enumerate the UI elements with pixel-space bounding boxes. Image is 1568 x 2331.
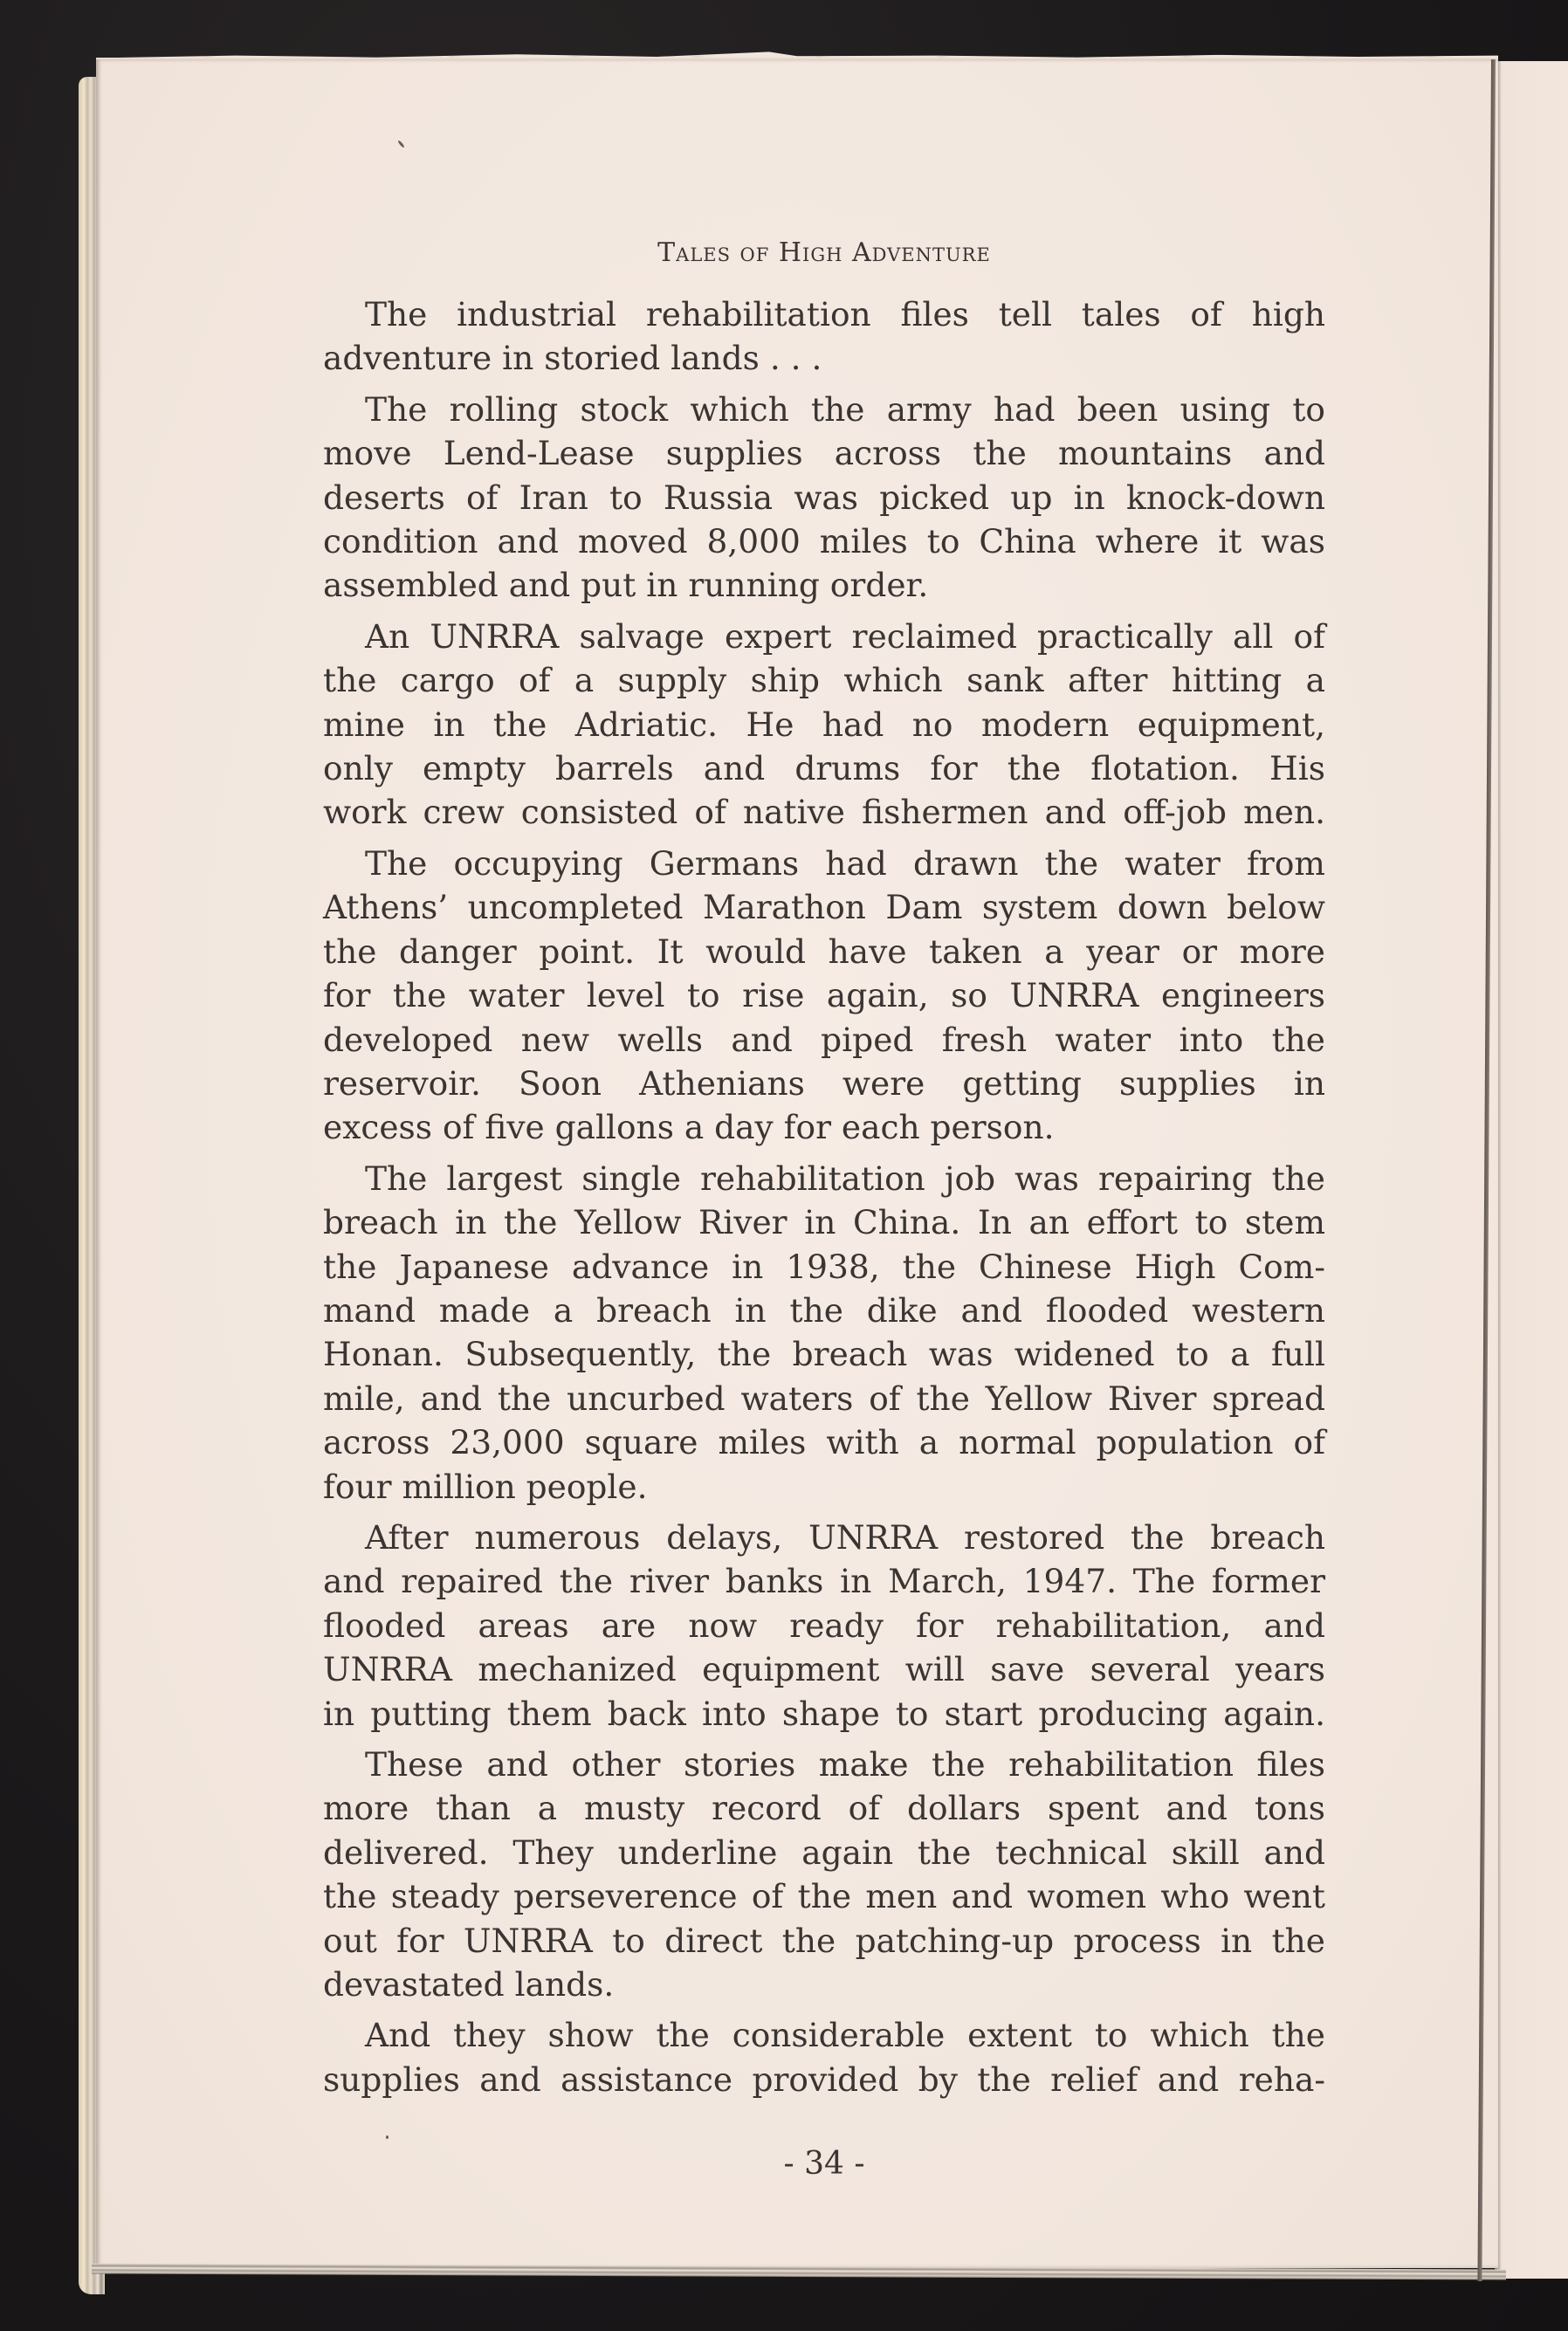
text-line: Athens’ uncompleted Marathon Dam system … (323, 885, 1325, 929)
text-line: and repaired the river banks in March, 1… (323, 1559, 1325, 1603)
next-page-edge (1495, 61, 1568, 2279)
text-line: The industrial rehabilitation files tell… (323, 292, 1325, 336)
paragraph-4: The occupying Germans had drawn the wate… (323, 842, 1325, 1150)
text-line: delivered. They underline again the tech… (323, 1831, 1325, 1874)
paragraph-6: After numerous delays, UNRRA restored th… (323, 1516, 1325, 1736)
text-line: developed new wells and piped fresh wate… (323, 1018, 1325, 1062)
text-line: Honan. Subsequently, the breach was wide… (323, 1332, 1325, 1376)
text-line: condition and moved 8,000 miles to China… (323, 519, 1325, 563)
paragraph-8: And they show the considerable extent to… (323, 2013, 1325, 2101)
text-line: reservoir. Soon Athenians were getting s… (323, 1062, 1325, 1105)
text-line: the cargo of a supply ship which sank af… (323, 658, 1325, 702)
text-line: breach in the Yellow River in China. In … (323, 1200, 1325, 1244)
text-line: for the water level to rise again, so UN… (323, 973, 1325, 1017)
text-line: the Japanese advance in 1938, the Chines… (323, 1245, 1325, 1289)
text-line: work crew consisted of native fishermen … (323, 790, 1325, 834)
text-line: deserts of Iran to Russia was picked up … (323, 476, 1325, 519)
text-line: flooded areas are now ready for rehabili… (323, 1604, 1325, 1647)
text-line: across 23,000 square miles with a normal… (323, 1420, 1325, 1464)
text-line: The rolling stock which the army had bee… (323, 388, 1325, 431)
text-line: These and other stories make the rehabil… (323, 1743, 1325, 1786)
text-line: An UNRRA salvage expert reclaimed practi… (323, 615, 1325, 658)
text-line: mine in the Adriatic. He had no modern e… (323, 703, 1325, 746)
text-line: adventure in storied lands . . . (323, 336, 1325, 380)
paragraph-5: The largest single rehabilitation job wa… (323, 1157, 1325, 1509)
text-line: four million people. (323, 1465, 1325, 1509)
text-line: The occupying Germans had drawn the wate… (323, 842, 1325, 885)
text-line: devastated lands. (323, 1963, 1325, 2006)
paragraph-3: An UNRRA salvage expert reclaimed practi… (323, 615, 1325, 835)
paragraph-2: The rolling stock which the army had bee… (323, 388, 1325, 608)
running-title: Tales of High Adventure (323, 237, 1325, 268)
text-line: only empty barrels and drums for the flo… (323, 746, 1325, 790)
text-line: supplies and assistance provided by the … (323, 2058, 1325, 2101)
text-line: in putting them back into shape to start… (323, 1692, 1325, 1736)
text-line: the steady perseverence of the men and w… (323, 1874, 1325, 1918)
paper-speck (386, 2135, 389, 2139)
text-line: UNRRA mechanized equipment will save sev… (323, 1647, 1325, 1691)
text-line: The largest single rehabilitation job wa… (323, 1157, 1325, 1200)
paragraph-1: The industrial rehabilitation files tell… (323, 292, 1325, 381)
text-line: move Lend-Lease supplies across the moun… (323, 431, 1325, 475)
body-text: The industrial rehabilitation files tell… (323, 292, 1325, 2108)
text-line: And they show the considerable extent to… (323, 2013, 1325, 2057)
paragraph-7: These and other stories make the rehabil… (323, 1743, 1325, 2006)
text-line: mile, and the uncurbed waters of the Yel… (323, 1377, 1325, 1420)
text-line: assembled and put in running order. (323, 563, 1325, 607)
page-number: - 34 - (323, 2146, 1325, 2182)
text-line: excess of five gallons a day for each pe… (323, 1105, 1325, 1149)
text-line: mand made a breach in the dike and flood… (323, 1289, 1325, 1332)
text-line: out for UNRRA to direct the patching-up … (323, 1919, 1325, 1963)
text-line: After numerous delays, UNRRA restored th… (323, 1516, 1325, 1559)
text-line: the danger point. It would have taken a … (323, 930, 1325, 973)
text-line: more than a musty record of dollars spen… (323, 1786, 1325, 1830)
